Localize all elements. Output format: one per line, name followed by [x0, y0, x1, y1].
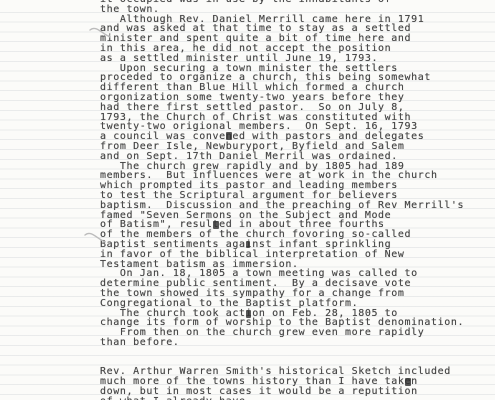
typed-text-line: than before.: [100, 338, 490, 348]
typewriter-overstrike-blob: [246, 310, 251, 318]
typewritten-text-block: it occupied was in use by the inhabitant…: [100, 0, 490, 400]
pencil-mark: [88, 24, 114, 44]
pencil-mark: [83, 229, 109, 249]
typed-text-line: [100, 348, 490, 358]
typewriter-overstrike-blob: [246, 241, 250, 248]
pencil-stroke-icon: [88, 24, 114, 40]
pencil-stroke-icon: [83, 229, 109, 245]
typewriter-overstrike-blob: [405, 378, 411, 386]
typewriter-overstrike-blob: [226, 132, 232, 140]
scanned-document-page: it occupied was in use by the inhabitant…: [0, 0, 495, 400]
typewriter-overstrike-blob: [213, 221, 219, 229]
